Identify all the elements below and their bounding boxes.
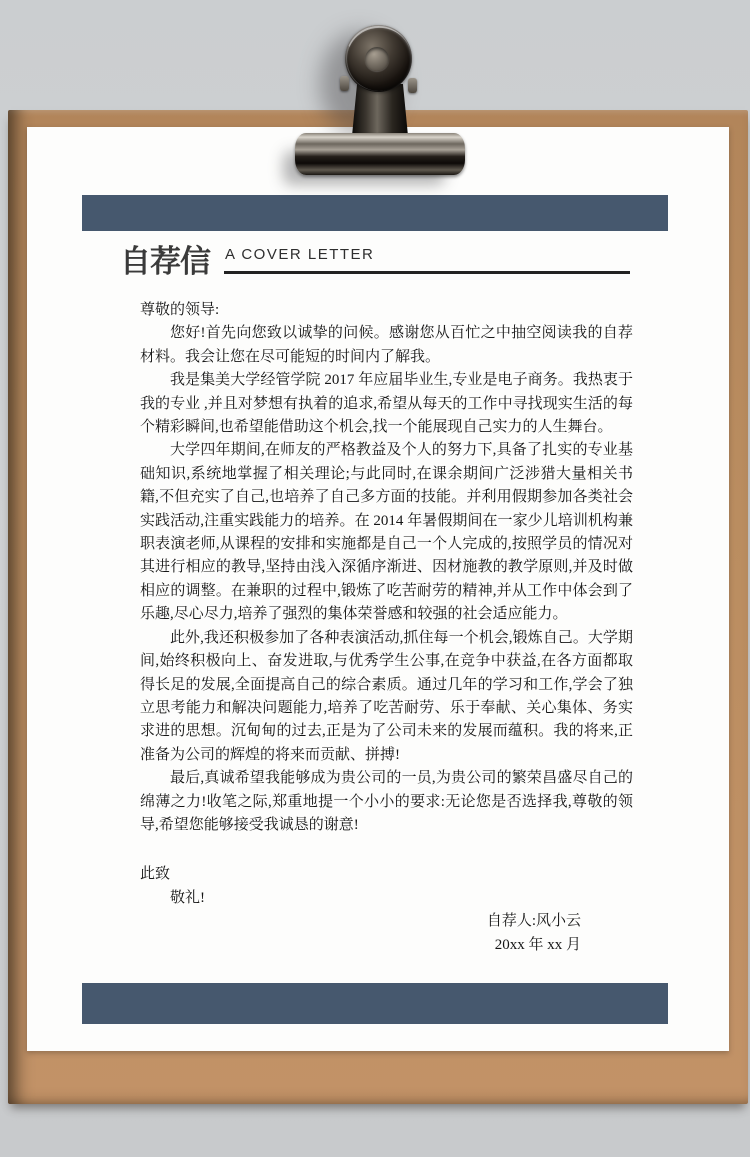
letter-closing: 此致 [140, 863, 633, 886]
clip-spring-hook-left-icon [340, 76, 349, 91]
letter-paragraph: 此外,我还积极参加了各种表演活动,抓住每一个机会,锻炼自己。大学期间,始终积极向… [140, 627, 633, 767]
header-divider [224, 271, 630, 274]
letter-salute: 敬礼! [140, 887, 633, 910]
page-title: 自荐信 [120, 246, 210, 277]
clip-jaw-icon [295, 133, 465, 175]
clip-knob-icon [345, 25, 412, 92]
letter-signer: 自荐人:风小云 [140, 910, 633, 933]
letter-paragraph: 最后,真诚希望我能够成为贵公司的一员,为贵公司的繁荣昌盛尽自己的绵薄之力!收笔之… [140, 767, 633, 837]
letter-date: 20xx 年 xx 月 [140, 934, 633, 957]
letter-paragraph: 大学四年期间,在师友的严格教益及个人的努力下,具备了扎实的专业基础知识,系统地掌… [140, 439, 633, 626]
letter-body: 尊敬的领导: 您好!首先向您致以诚挚的问候。感谢您从百忙之中抽空阅读我的自荐材料… [140, 299, 633, 957]
bottom-accent-bar [82, 983, 668, 1024]
cover-letter-page: 自荐信 A COVER LETTER 尊敬的领导: 您好!首先向您致以诚挚的问候… [27, 127, 729, 1051]
letter-salutation: 尊敬的领导: [140, 299, 633, 322]
binder-clip-icon [292, 18, 468, 178]
clipboard: 自荐信 A COVER LETTER 尊敬的领导: 您好!首先向您致以诚挚的问候… [8, 110, 748, 1104]
letter-paragraph: 您好!首先向您致以诚挚的问候。感谢您从百忙之中抽空阅读我的自荐材料。我会让您在尽… [140, 322, 633, 369]
page-subtitle: A COVER LETTER [225, 246, 374, 263]
letter-paragraph: 我是集美大学经管学院 2017 年应届毕业生,专业是电子商务。我热衷于我的专业 … [140, 369, 633, 439]
top-accent-bar [82, 195, 668, 231]
clip-spring-hook-right-icon [408, 78, 417, 93]
